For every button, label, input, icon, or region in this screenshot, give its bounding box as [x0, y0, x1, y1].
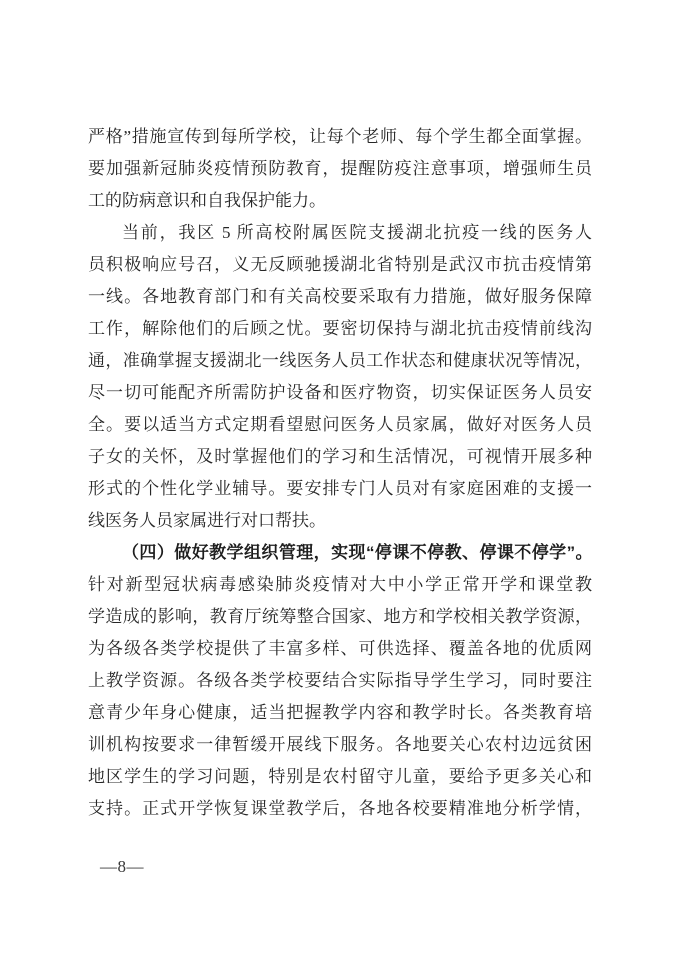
- document-line: 当前，我区 5 所高校附属医院支援湖北抗疫一线的医务人: [88, 217, 592, 249]
- document-line: 员积极响应号召，义无反顾驰援湖北省特别是武汉市抗击疫情第: [88, 249, 592, 281]
- document-line: 工作，解除他们的后顾之忧。要密切保持与湖北抗击疫情前线沟: [88, 313, 592, 345]
- document-line: 意青少年身心健康，适当把握教学内容和教学时长。各类教育培: [88, 697, 592, 729]
- document-line: 子女的关怀，及时掌握他们的学习和生活情况，可视情开展多种: [88, 441, 592, 473]
- page-number: —8—: [100, 855, 144, 879]
- document-line: 形式的个性化学业辅导。要安排专门人员对有家庭困难的支援一: [88, 473, 592, 505]
- document-body-text: 严格”措施宣传到每所学校，让每个老师、每个学生都全面掌握。 要加强新冠肺炎疫情预…: [88, 121, 592, 825]
- document-line: 上教学资源。各级各类学校要结合实际指导学生学习，同时要注: [88, 665, 592, 697]
- document-line: 针对新型冠状病毒感染肺炎疫情对大中小学正常开学和课堂教: [88, 569, 592, 601]
- document-line: 地区学生的学习问题，特别是农村留守儿童，要给予更多关心和: [88, 761, 592, 793]
- document-line: 线医务人员家属进行对口帮扶。: [88, 505, 592, 537]
- document-line: 尽一切可能配齐所需防护设备和医疗物资，切实保证医务人员安: [88, 377, 592, 409]
- document-line: 学造成的影响，教育厅统筹整合国家、地方和学校相关教学资源，: [88, 601, 592, 633]
- document-section-heading: （四）做好教学组织管理，实现“停课不停教、停课不停学”。: [88, 537, 592, 569]
- document-line: 通，准确掌握支援湖北一线医务人员工作状态和健康状况等情况，: [88, 345, 592, 377]
- document-line: 为各级各类学校提供了丰富多样、可供选择、覆盖各地的优质网: [88, 633, 592, 665]
- document-line: 训机构按要求一律暂缓开展线下服务。各地要关心农村边远贫困: [88, 729, 592, 761]
- document-line: 支持。正式开学恢复课堂教学后，各地各校要精准地分析学情，: [88, 793, 592, 825]
- document-page: 严格”措施宣传到每所学校，让每个老师、每个学生都全面掌握。 要加强新冠肺炎疫情预…: [0, 0, 680, 961]
- document-line: 工的防病意识和自我保护能力。: [88, 185, 592, 217]
- document-line: 严格”措施宣传到每所学校，让每个老师、每个学生都全面掌握。: [88, 121, 592, 153]
- document-line: 要加强新冠肺炎疫情预防教育，提醒防疫注意事项，增强师生员: [88, 153, 592, 185]
- document-line: 全。要以适当方式定期看望慰问医务人员家属，做好对医务人员: [88, 409, 592, 441]
- document-line: 一线。各地教育部门和有关高校要采取有力措施，做好服务保障: [88, 281, 592, 313]
